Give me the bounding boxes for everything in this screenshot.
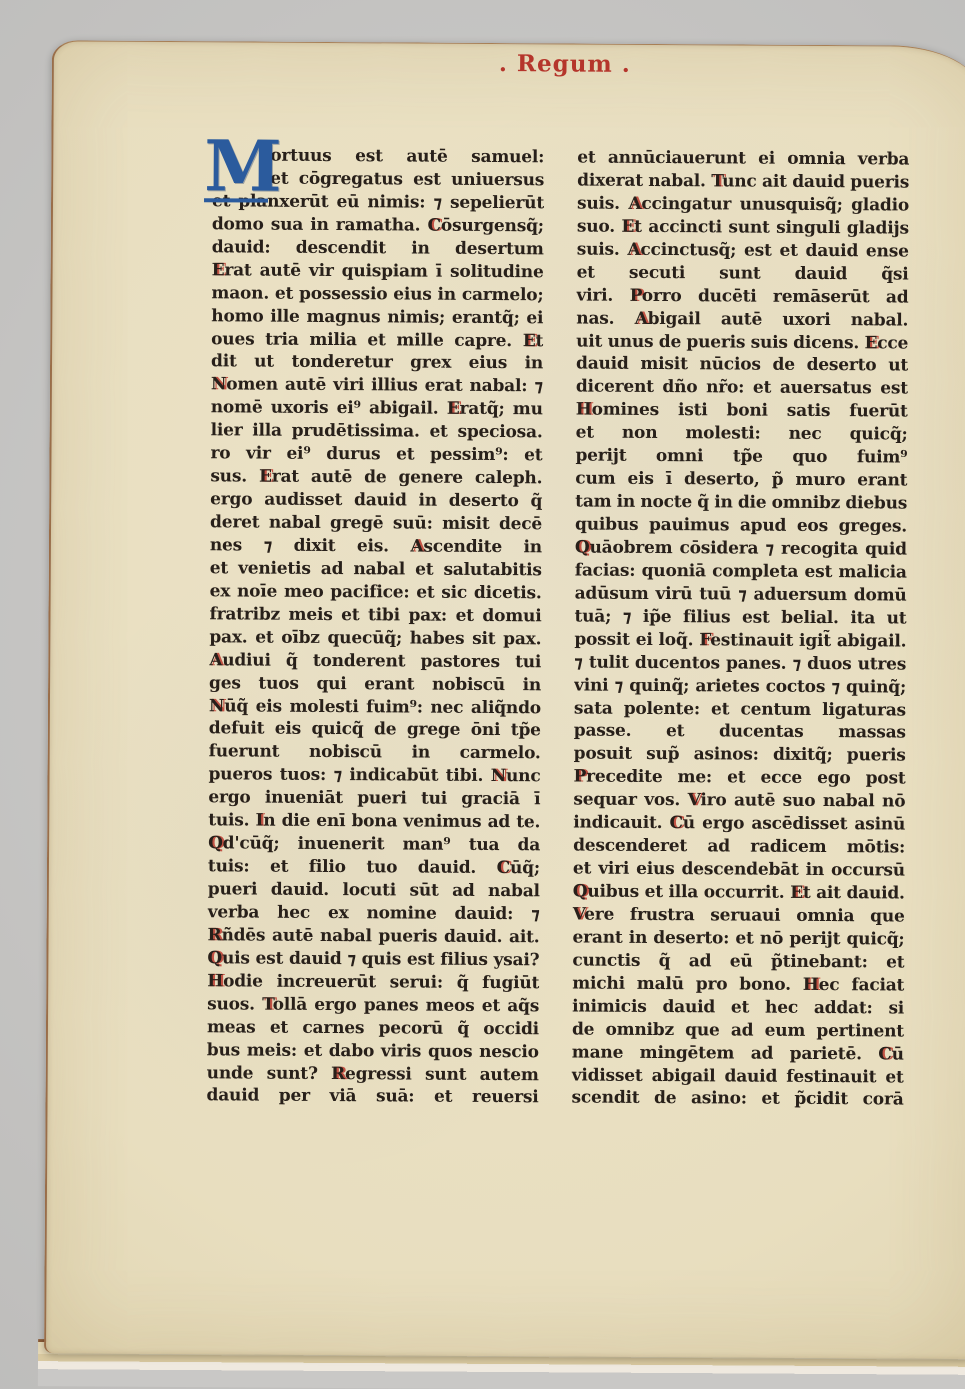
text-line: de omnibz que ad eum pertinent usq̃; xyxy=(572,1018,904,1043)
rubricated-capital: R xyxy=(331,1064,345,1084)
text-line: ergo inueniāt pueri tui graciā ī oclis xyxy=(208,787,540,812)
text-line: passe. et ducentas massas caricarū. ⁊ xyxy=(574,720,906,745)
rubricated-capital: E xyxy=(523,331,536,351)
text-line: descenderet ad radicem mōtis: dauid xyxy=(573,835,905,860)
rubricated-capital: E xyxy=(447,399,460,419)
text-line: dauid misit nūcios de deserto ut bene= xyxy=(576,353,908,378)
text-segment: dauid per viā suā: et reuersi venerunt. xyxy=(206,1086,538,1110)
text-segment: ex noīe meo pacifice: et sic dicetis. xyxy=(210,581,542,603)
text-line: domo sua in ramatha. Cōsurgensq̃; xyxy=(212,213,544,238)
text-segment: suos. xyxy=(207,994,262,1014)
text-line: michi malū pro bono. Hec faciat dñs xyxy=(572,972,904,997)
text-segment: cum eis ī deserto, p̃ muro erant nobis xyxy=(575,469,907,493)
text-line: ⁊ tulit ducentos panes. ⁊ duos utres xyxy=(574,651,906,676)
text-segment: iro autē suo nabal nō xyxy=(700,791,905,812)
text-segment: et cōgregatus est uniuersus isrl' xyxy=(270,169,544,193)
text-segment: et viri eius descendebāt in occursū ei⁹ xyxy=(573,859,905,883)
rubricated-capital: C xyxy=(427,215,440,235)
rubricated-capital: H xyxy=(576,400,592,420)
column-lines-left: ortuus est autē samuel: ca.xxv.et cōgreg… xyxy=(206,144,544,1109)
text-line: verba hec ex nomine dauid: ⁊ siluerūt. xyxy=(208,901,540,926)
text-segment: vini ⁊ quinq̃; arietes coctos ⁊ quinq̃; xyxy=(574,675,906,697)
text-line: Hodie increuerūt serui: q̃ fugiūt dños xyxy=(207,970,539,995)
text-segment: dit ut tonderetur grex eius in carmelo. xyxy=(211,352,543,376)
text-line: suos. Tollā ergo panes meos et aq̃s xyxy=(207,993,539,1018)
text-segment: omen autē viri illius erat nabal: ⁊ xyxy=(226,375,543,397)
rubricated-capital: N xyxy=(211,375,226,395)
text-segment: ro vir ei⁹ durus et pessim⁹: et malicio= xyxy=(210,443,542,467)
text-segment: fratribz meis et tibi pax: et domui tue xyxy=(209,604,541,628)
text-segment: et venietis ad nabal et salutabitis eū. xyxy=(210,558,542,582)
text-line: unde sunt? Regressi sunt autem pueri xyxy=(207,1062,539,1087)
text-line: lier illa prudētissima. et speciosa. Por… xyxy=(211,420,543,445)
text-line: nomē uxoris ei⁹ abigail. Eratq̃; mu xyxy=(211,397,543,422)
text-segment: bus meis: et dabo viris quos nescio xyxy=(207,1040,539,1062)
rubricated-capital: E xyxy=(864,333,877,353)
text-segment: perijt omni tp̃e quo fuim⁹ conuersati xyxy=(575,446,907,470)
text-line: tuis. In die enī bona venimus ad te. xyxy=(208,809,540,834)
text-segment: sequar vos. xyxy=(573,790,687,811)
text-line: dauid per viā suā: et reuersi venerunt. xyxy=(206,1085,538,1110)
rubricated-capital: I xyxy=(255,811,263,831)
text-line: Nūq̃ eis molesti fuim⁹: nec aliq̃ndo xyxy=(209,695,541,720)
text-segment: uis est dauid ⁊ quis est filius ysai? xyxy=(222,948,540,970)
text-line: posuit sup̃ asinos: dixitq̃; pueris suis… xyxy=(574,743,906,768)
text-line: et non molesti: nec quicq̃; aliquando xyxy=(576,422,908,447)
text-line: fratribz meis et tibi pax: et domui tue xyxy=(209,603,541,628)
text-line: bus meis: et dabo viris quos nescio xyxy=(207,1039,539,1064)
text-segment: dixerat nabal. xyxy=(577,170,711,191)
text-segment: uibus et illa occurrit. xyxy=(587,882,790,903)
text-segment: cce xyxy=(877,333,908,353)
text-segment: omines isti boni satis fuerūt nobis xyxy=(576,400,908,424)
text-segment: d'cūq̃; inuenerit man⁹ tua da seruis xyxy=(208,833,540,857)
text-segment: suis. xyxy=(577,239,628,259)
text-segment: nas. xyxy=(576,308,634,328)
rubricated-capital: T xyxy=(262,994,273,1014)
text-segment: tam in nocte q̃ in die omnibz diebus xyxy=(575,492,907,514)
text-line: suis. Accingatur unusquisq̃; gladio xyxy=(577,192,909,217)
text-segment: estinauit igit̃ abigail. xyxy=(710,630,906,651)
text-line: cunctis q̃ ad eū p̃tinebant: et reddidit xyxy=(572,949,904,974)
text-line: deret nabal gregē suū: misit decē iuue= xyxy=(210,511,542,536)
rubricated-capital: P xyxy=(573,767,586,787)
text-line: nas. Abigail autē uxori nabal. nūcia= xyxy=(576,307,908,332)
text-segment: scendit de asino: et p̃cidit corā dauid xyxy=(571,1088,903,1112)
text-segment: ñdēs autē nabal pueris dauid. ait. xyxy=(221,925,539,947)
text-segment: possit ei loq̃. xyxy=(574,629,699,650)
manuscript-page: . Regum . M ortuus est autē samuel: ca.x… xyxy=(44,40,965,1359)
text-segment: sata polente: et centum ligaturas uue= xyxy=(574,698,906,722)
text-line: perijt omni tp̃e quo fuim⁹ conuersati xyxy=(575,445,907,470)
text-segment: deret nabal gregē suū: misit decē iuue= xyxy=(210,512,542,536)
rubricated-capital: A xyxy=(628,194,641,214)
text-segment: dauid: descendit in desertum pharan. xyxy=(212,237,544,261)
text-line: pueri dauid. locuti sūt ad nabal ōnia xyxy=(208,878,540,903)
text-line: inimicis dauid et hec addat: si reliq̃ro xyxy=(572,995,904,1020)
text-line: tuis: et filio tuo dauid. Cūq̃; venisset xyxy=(208,855,540,880)
text-line: sus. Erat autē de genere caleph. Cum xyxy=(210,465,542,490)
rubricated-capital: V xyxy=(573,904,585,924)
text-line: Homines isti boni satis fuerūt nobis xyxy=(576,399,908,424)
text-line: pueros tuos: ⁊ indicabūt tibi. Nunc xyxy=(208,764,540,789)
text-segment: odie increuerūt serui: q̃ fugiūt dños xyxy=(207,971,539,995)
rubricated-capital: Q xyxy=(573,881,588,901)
text-line: dit ut tonderetur grex eius in carmelo. xyxy=(211,351,543,376)
rubricated-capital: V xyxy=(688,790,701,810)
rubricated-capital: A xyxy=(627,240,640,260)
text-segment: tuis: et filio tuo dauid. xyxy=(208,856,497,878)
text-segment: dicerent dño nr̃o: et auersatus est eos. xyxy=(576,377,908,401)
text-segment: tuā; ⁊ ip̃e filius est belial. ita ut ne… xyxy=(574,606,906,630)
text-line: Quāobrem cōsidera ⁊ recogita quid xyxy=(575,536,907,561)
text-line: ges tuos qui erant nobiscū in deserto. xyxy=(209,672,541,697)
rubricated-capital: E xyxy=(212,260,225,280)
text-segment: ōsurgensq̃; xyxy=(441,215,544,236)
rubricated-capital: F xyxy=(699,630,710,650)
text-line: ro vir ei⁹ durus et pessim⁹: et malicio= xyxy=(210,442,542,467)
text-segment: posuit sup̃ asinos: dixitq̃; pueris suis… xyxy=(574,744,906,768)
text-segment: ges tuos qui erant nobiscū in deserto. xyxy=(209,673,541,697)
text-line: ex noīe meo pacifice: et sic dicetis. Si… xyxy=(210,580,542,605)
text-segment: ūq̃ eis molesti fuim⁹: nec aliq̃ndo xyxy=(224,696,541,718)
rubricated-capital: N xyxy=(491,766,506,786)
text-segment: uāobrem cōsidera ⁊ recogita quid xyxy=(589,538,907,560)
text-segment: facias: quoniā completa est malicia xyxy=(575,560,907,582)
text-line: tuā; ⁊ ip̃e filius est belial. ita ut ne… xyxy=(574,605,906,630)
text-segment: meas et carnes pecorū q̃ occidi tonsori= xyxy=(207,1017,539,1041)
text-segment: lier illa prudētissima. et speciosa. xyxy=(211,421,543,443)
text-line: maon. et possessio eius in carmelo; et xyxy=(211,282,543,307)
text-segment: uit unus de pueris suis dicens. xyxy=(576,331,864,353)
text-line: tam in nocte q̃ in die omnibz diebus xyxy=(575,491,907,516)
text-line: suis. Accinctusq̃; est et dauid ense suo… xyxy=(577,238,909,263)
text-segment: homo ille magnus nimis; erantq̃; ei xyxy=(211,306,543,328)
text-segment: ccingatur unusquisq̃; gladio xyxy=(641,194,909,216)
rubricated-capital: A xyxy=(209,650,222,670)
text-segment: mane mingētem ad parietē. xyxy=(572,1042,879,1064)
text-line: Nomen autē viri illius erat nabal: ⁊ xyxy=(211,374,543,399)
text-segment: pueros tuos: ⁊ indicabūt tibi. xyxy=(208,765,490,787)
illuminated-initial-m: M xyxy=(204,134,268,202)
text-line: fuerunt nobiscū in carmelo. Interoga xyxy=(209,741,541,766)
text-segment: suis. xyxy=(577,193,628,213)
text-segment: sus. xyxy=(210,466,259,486)
rubricated-capital: Q xyxy=(575,537,590,557)
text-segment: ergo inueniāt pueri tui graciā ī oclis xyxy=(208,788,540,812)
text-segment: indicauit. xyxy=(573,813,669,834)
text-segment: nes ⁊ dixit eis. xyxy=(210,535,411,556)
text-line: Audiui q̃ tonderent pastores tui gre= xyxy=(209,649,541,674)
text-segment: vidisset abigail dauid festinauit et de= xyxy=(572,1065,904,1089)
text-segment: viri. xyxy=(576,285,629,305)
text-segment: quibus pauimus apud eos greges. xyxy=(575,515,907,537)
text-segment: cunctis q̃ ad eū p̃tinebant: et reddidit xyxy=(572,950,904,974)
text-line: et venietis ad nabal et salutabitis eū. xyxy=(210,557,542,582)
rubricated-capital: E xyxy=(259,467,272,487)
text-line: suo. Et accincti sunt singuli gladijs xyxy=(577,215,909,240)
text-line: scendit de asino: et p̃cidit corā dauid xyxy=(571,1087,903,1112)
text-line: mane mingētem ad parietē. Cū autē xyxy=(572,1041,904,1066)
text-segment: inimicis dauid et hec addat: si reliq̃ro xyxy=(572,996,904,1020)
text-segment: ere frustra seruaui omnia que hui⁹ xyxy=(573,905,905,929)
rubricated-capital: E xyxy=(790,883,803,903)
text-segment: ergo audisset dauid in deserto q̃ ton= xyxy=(210,489,542,513)
text-segment: tuis. xyxy=(208,810,255,830)
rubricated-capital: A xyxy=(635,308,648,328)
text-line: ergo audisset dauid in deserto q̃ ton= xyxy=(210,488,542,513)
text-segment: rat autē vir quispiam ī solitudine xyxy=(224,260,543,282)
text-line: et secuti sunt dauid q̃si quadringenti xyxy=(577,261,909,286)
text-line: homo ille magnus nimis; erantq̃; ei xyxy=(211,305,543,330)
rubricated-capital: Q xyxy=(207,948,222,968)
text-line: et viri eius descendebāt in occursū ei⁹ xyxy=(573,858,905,883)
text-segment: defuit eis quicq̃ de grege ōni tp̃e quo xyxy=(209,719,541,743)
text-segment: t accincti sunt singuli gladijs xyxy=(634,217,909,239)
text-line: Erat autē vir quispiam ī solitudine xyxy=(212,259,544,284)
text-line: meas et carnes pecorū q̃ occidi tonsori= xyxy=(207,1016,539,1041)
text-line: facias: quoniā completa est malicia xyxy=(575,559,907,584)
running-title: . Regum . xyxy=(454,50,676,78)
rubricated-capital: C xyxy=(878,1044,891,1064)
text-line: cum eis ī deserto, p̃ muro erant nobis xyxy=(575,468,907,493)
column-lines-right: et annūciauerunt ei omnia verba quedixer… xyxy=(571,147,909,1112)
text-line: vini ⁊ quinq̃; arietes coctos ⁊ quinq̃; xyxy=(574,674,906,699)
rubricated-capital: P xyxy=(630,285,642,305)
text-line: Rñdēs autē nabal pueris dauid. ait. xyxy=(207,924,539,949)
text-segment: unc ait dauid pueris xyxy=(722,171,909,192)
text-segment: michi malū pro bono. xyxy=(572,973,803,994)
text-line: Quibus et illa occurrit. Et ait dauid. xyxy=(573,880,905,905)
text-segment: erant in deserto: et nō perijt quicq̃; d… xyxy=(572,927,904,951)
text-segment: verba hec ex nomine dauid: ⁊ siluerūt. xyxy=(208,902,540,926)
rubricated-capital: E xyxy=(621,217,634,237)
text-line: dicerent dño nr̃o: et auersatus est eos. xyxy=(576,376,908,401)
rubricated-capital: C xyxy=(669,813,682,833)
text-line: sata polente: et centum ligaturas uue= xyxy=(574,697,906,722)
text-segment: pueri dauid. locuti sūt ad nabal ōnia xyxy=(208,879,540,903)
text-segment: unc xyxy=(506,766,541,786)
text-line: vidisset abigail dauid festinauit et de= xyxy=(572,1064,904,1089)
text-line: et annūciauerunt ei omnia verba que xyxy=(577,147,909,172)
text-segment: n die enī bona venimus ad te. xyxy=(263,811,540,833)
text-segment: rat autē de genere caleph. xyxy=(272,467,543,489)
text-segment: maon. et possessio eius in carmelo; et xyxy=(211,283,543,307)
rubricated-capital: H xyxy=(803,975,819,995)
text-column-right: et annūciauerunt ei omnia verba quedixer… xyxy=(571,147,909,1112)
text-segment: adūsum virū tuū ⁊ aduersum domū xyxy=(575,583,907,605)
text-line: indicauit. Cū ergo ascēdisset asinū et xyxy=(573,812,905,837)
text-segment: recedite me: et ecce ego post tergum xyxy=(573,767,905,791)
text-line: viri. Porro ducēti remāserūt ad sarci= xyxy=(576,284,908,309)
text-segment: et secuti sunt dauid q̃si quadringenti xyxy=(577,262,909,286)
text-segment: fuerunt nobiscū in carmelo. xyxy=(209,742,541,764)
rubricated-capital: Q xyxy=(208,833,223,853)
text-line: defuit eis quicq̃ de grege ōni tp̃e quo xyxy=(209,718,541,743)
text-segment: t ait dauid. xyxy=(803,883,905,904)
text-line: Qd'cūq̃; inuenerit man⁹ tua da seruis xyxy=(208,832,540,857)
text-segment: unde sunt? xyxy=(207,1063,331,1084)
text-line: Quis est dauid ⁊ quis est filius ysai? xyxy=(207,947,539,972)
text-line: uit unus de pueris suis dicens. Ecce xyxy=(576,330,908,355)
text-line: Vere frustra seruaui omnia que hui⁹ xyxy=(573,903,905,928)
text-line: oues tria milia et mille capre. Et acci= xyxy=(211,328,543,353)
rubricated-capital: R xyxy=(207,925,221,945)
text-block: M ortuus est autē samuel: ca.xxv.et cōgr… xyxy=(206,144,909,1112)
text-segment: domo sua in ramatha. xyxy=(212,214,428,235)
rubricated-capital: A xyxy=(410,536,423,556)
text-segment: et annūciauerunt ei omnia verba que xyxy=(577,148,909,172)
text-line: erant in deserto: et nō perijt quicq̃; d… xyxy=(572,926,904,951)
rubricated-capital: N xyxy=(209,696,224,716)
rubricated-capital: T xyxy=(711,171,722,191)
text-line: dixerat nabal. Tunc ait dauid pueris xyxy=(577,169,909,194)
text-line: adūsum virū tuū ⁊ aduersum domū xyxy=(575,582,907,607)
text-segment: passe. et ducentas massas caricarū. ⁊ xyxy=(574,721,906,745)
rubricated-capital: H xyxy=(207,971,223,991)
text-line: Precedite me: et ecce ego post tergum xyxy=(573,766,905,791)
text-segment: oues tria milia et mille capre. xyxy=(211,329,523,351)
text-segment: nomē uxoris ei⁹ abigail. xyxy=(211,398,447,419)
text-segment: pax. et oībz quecūq̃; habes sit pax. xyxy=(209,627,541,649)
text-segment: et non molesti: nec quicq̃; aliquando xyxy=(576,423,908,447)
text-line: dauid: descendit in desertum pharan. xyxy=(212,236,544,261)
text-segment: descenderet ad radicem mōtis: dauid xyxy=(573,836,905,860)
text-line: nes ⁊ dixit eis. Ascendite in carmelū: xyxy=(210,534,542,559)
rubricated-capital: C xyxy=(497,858,510,878)
text-line: quibus pauimus apud eos greges. xyxy=(575,514,907,539)
text-segment: ⁊ tulit ducentos panes. ⁊ duos utres xyxy=(574,652,906,674)
text-segment: ratq̃; mu xyxy=(459,399,542,420)
text-segment: ollā ergo panes meos et aq̃s xyxy=(273,994,540,1016)
text-line: sequar vos. Viro autē suo nabal nō xyxy=(573,789,905,814)
text-column-left: M ortuus est autē samuel: ca.xxv.et cōgr… xyxy=(206,144,544,1109)
text-segment: suo. xyxy=(577,216,622,236)
text-line: pax. et oībz quecūq̃; habes sit pax. xyxy=(209,626,541,651)
text-line: possit ei loq̃. Festinauit igit̃ abigail… xyxy=(574,628,906,653)
text-segment: de omnibz que ad eum pertinent usq̃; xyxy=(572,1019,904,1043)
text-segment: ortuus est autē samuel: xyxy=(270,146,544,168)
text-segment: dauid misit nūcios de deserto ut bene= xyxy=(576,354,908,378)
text-segment: udiui q̃ tonderent pastores tui gre= xyxy=(209,650,541,674)
